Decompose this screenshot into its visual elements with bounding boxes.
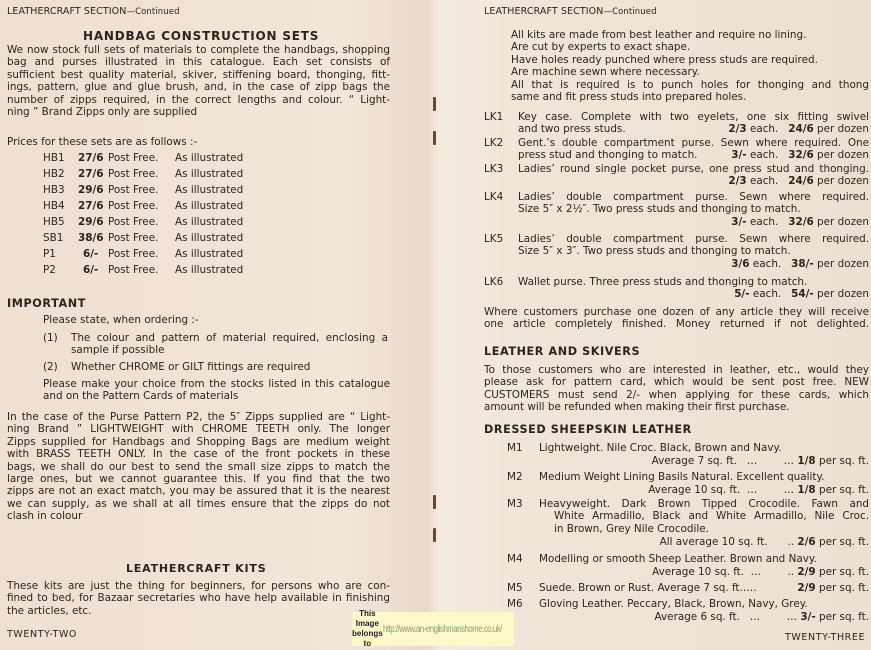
- section-heading-important: IMPORTANT: [7, 297, 86, 310]
- text-line: Ladies’ double compartment purse. Sewn w…: [518, 233, 869, 245]
- important-item-2: Whether CHROME or GILT fittings are requ…: [71, 361, 310, 373]
- set-code: HB3: [43, 184, 65, 196]
- section-heading-handbag-sets: HANDBAG CONSTRUCTION SETS: [83, 29, 319, 43]
- important-lead: Please state, when ordering :-: [43, 314, 199, 326]
- header-suffix: —Continued: [126, 7, 179, 17]
- kit-price: 3/- each. 32/6 per dozen: [731, 216, 869, 228]
- each-label: each.: [750, 123, 778, 135]
- kits-intro: These kits are just the thing for beginn…: [7, 580, 390, 617]
- leather-price: All average 10 sq. ft. .. 2/6 per sq. ft…: [660, 536, 869, 548]
- text-line: please ask for pattern card, which would…: [484, 376, 869, 388]
- text-line: one article completely finished. Money r…: [484, 318, 869, 330]
- set-code: P1: [43, 248, 56, 260]
- set-price: 29/6: [78, 184, 104, 196]
- section-heading-kits: LEATHERCRAFT KITS: [126, 562, 266, 575]
- kit-description: Ladies’ double compartment purse. Sewn w…: [518, 191, 869, 216]
- average-size: Average 10 sq. ft. … …: [648, 484, 794, 496]
- text-line: Medium Weight Lining Basils Natural. Exc…: [539, 471, 869, 483]
- header-title: LEATHERCRAFT SECTION: [7, 6, 126, 17]
- text-line: These kits are just the thing for beginn…: [7, 580, 390, 592]
- note: As illustrated: [175, 216, 243, 228]
- leather-code: M5: [507, 582, 523, 594]
- price-each: 3/-: [731, 149, 746, 161]
- price-value: 2/9: [797, 582, 815, 594]
- delivery: Post Free.: [108, 200, 158, 212]
- set-code: HB4: [43, 200, 65, 212]
- kit-code: LK2: [484, 137, 503, 149]
- text-line: ings, pattern, glue and glue brush, and,…: [7, 81, 390, 93]
- text-line: amount will be refunded when making thei…: [484, 401, 869, 413]
- set-code: HB5: [43, 216, 65, 228]
- header-suffix: —Continued: [603, 7, 656, 17]
- text-line: Key case. Complete with two eyelets, one…: [518, 111, 869, 123]
- price-each: 2/3: [728, 175, 746, 187]
- text-line: large ones, but we cannot guarantee this…: [7, 473, 390, 485]
- delivery: Post Free.: [108, 248, 158, 260]
- text-line: In the case of the Purse Pattern P2, the…: [7, 411, 390, 423]
- text-line: Gloving Leather. Peccary, Black, Brown, …: [539, 598, 869, 610]
- dozen-label: per dozen: [817, 149, 869, 161]
- text-line: Zipps supplied for Handbags and Shopping…: [7, 436, 390, 448]
- price-each: 5/-: [734, 288, 749, 300]
- text-line: We now stock full sets of materials to c…: [7, 44, 390, 56]
- kit-description: Wallet purse. Three press studs and thon…: [518, 276, 869, 288]
- price-each: 2/3: [728, 123, 746, 135]
- kit-code: LK4: [484, 191, 503, 203]
- delivery: Post Free.: [108, 264, 158, 276]
- text-line: Lightweight. Nile Croc. Black, Brown and…: [539, 442, 869, 454]
- dozen-label: per dozen: [817, 258, 869, 270]
- text-line: Size 5″ x 2½″. Two press studs and thong…: [518, 203, 869, 215]
- text-line: ning ” Brand Zipps only are supplied: [7, 106, 390, 118]
- staple: [433, 131, 436, 145]
- dozen-offer: Where customers purchase one dozen of an…: [484, 306, 869, 331]
- price-unit: per sq. ft.: [819, 611, 869, 623]
- set-price: 27/6: [78, 200, 104, 212]
- average-size: Average 6 sq. ft. … …: [655, 611, 797, 623]
- note: As illustrated: [175, 200, 243, 212]
- price-value: 2/9: [797, 566, 815, 578]
- note: As illustrated: [175, 264, 243, 276]
- leather-price: Average 6 sq. ft. … … 3/- per sq. ft.: [655, 611, 869, 623]
- kit-description: Ladies’ double compartment purse. Sewn w…: [518, 233, 869, 258]
- each-label: each.: [750, 216, 778, 228]
- dozen-label: per dozen: [817, 123, 869, 135]
- text-line: White Armadillo, Black and White Armadil…: [539, 510, 869, 522]
- prices-intro: Prices for these sets are as follows :-: [7, 136, 197, 148]
- text-line: All kits are made from best leather and …: [511, 29, 869, 41]
- each-label: each.: [750, 175, 778, 187]
- price-each: 3/6: [731, 258, 749, 270]
- watermark-label-line: This Image: [352, 609, 383, 629]
- text-line: ning Brand ” LIGHTWEIGHT with CHROME TEE…: [7, 423, 390, 435]
- staple: [433, 97, 436, 111]
- staple: [433, 495, 436, 509]
- text-line: Ladies’ double compartment purse. Sewn w…: [518, 191, 869, 203]
- watermark-banner: This Image belongs to http://www.an-engl…: [352, 612, 514, 646]
- text-line: Gent.’s double compartment purse. Sewn w…: [518, 137, 869, 149]
- kit-code: LK1: [484, 111, 503, 123]
- set-code: SB1: [43, 232, 63, 244]
- note: As illustrated: [175, 248, 243, 260]
- kit-price: 3/6 each. 38/- per dozen: [731, 258, 869, 270]
- text-line: Have holes ready punched where press stu…: [511, 54, 869, 66]
- item-number: (2): [43, 361, 58, 373]
- running-header: LEATHERCRAFT SECTION—Continued: [7, 6, 180, 17]
- price-value: 1/8: [797, 484, 815, 496]
- staple: [433, 528, 436, 542]
- price-unit: per sq. ft.: [819, 582, 869, 594]
- header-title: LEATHERCRAFT SECTION: [484, 6, 603, 17]
- leather-price: 2/9 per sq. ft.: [797, 582, 869, 594]
- leather-code: M1: [507, 442, 523, 454]
- price-dozen: 32/6: [788, 216, 814, 228]
- text-line: fined to bed, for Bazaar secretaries who…: [7, 592, 390, 604]
- kit-price: 3/- each. 32/6 per dozen: [731, 149, 869, 161]
- text-line: in Brown, Grey Nile Crocodile.: [539, 523, 869, 535]
- average-size: Average 7 sq. ft. … …: [652, 455, 794, 467]
- price-value: 2/6: [797, 536, 815, 548]
- text-line: Heavyweight. Dark Brown Tipped Crocodile…: [539, 498, 869, 510]
- text-line: The colour and pattern of material requi…: [71, 332, 388, 344]
- average-size: Average 10 sq. ft. … ..: [652, 566, 794, 578]
- leather-code: M2: [507, 471, 523, 483]
- set-price: 38/6: [78, 232, 104, 244]
- price-dozen: 24/6: [788, 123, 814, 135]
- leather-description: Gloving Leather. Peccary, Black, Brown, …: [539, 598, 869, 610]
- section-heading-sheepskin: DRESSED SHEEPSKIN LEATHER: [484, 423, 692, 436]
- price-unit: per sq. ft.: [819, 484, 869, 496]
- leather-code: M3: [507, 498, 523, 510]
- text-line: Wallet purse. Three press studs and thon…: [518, 276, 869, 288]
- leather-description: Medium Weight Lining Basils Natural. Exc…: [539, 471, 869, 483]
- text-line: clash in colour: [7, 510, 390, 522]
- text-line: and on the Pattern Cards of materials: [43, 390, 390, 402]
- page-number: TWENTY-THREE: [785, 632, 865, 643]
- price-dozen: 54/-: [791, 288, 814, 300]
- average-size: All average 10 sq. ft. ..: [660, 536, 794, 548]
- set-code: HB2: [43, 168, 65, 180]
- set-price: 27/6: [78, 152, 104, 164]
- kit-price: 2/3 each. 24/6 per dozen: [728, 175, 869, 187]
- set-code: P2: [43, 264, 56, 276]
- page-number: TWENTY-TWO: [7, 629, 77, 640]
- dozen-label: per dozen: [817, 175, 869, 187]
- price-unit: per sq. ft.: [819, 566, 869, 578]
- leather-skivers-text: To those customers who are interested in…: [484, 364, 869, 414]
- set-price: 6/-: [83, 264, 98, 276]
- price-each: 3/-: [731, 216, 746, 228]
- delivery: Post Free.: [108, 152, 158, 164]
- text-line: sample if possible: [71, 344, 388, 356]
- leather-price: Average 7 sq. ft. … … 1/8 per sq. ft.: [652, 455, 869, 467]
- each-label: each.: [753, 288, 781, 300]
- text-line: same and fit press studs into prepared h…: [511, 91, 869, 103]
- watermark-label: This Image belongs to: [352, 609, 383, 649]
- set-code: HB1: [43, 152, 65, 164]
- text-line: Modelling or smooth Sheep Leather. Brown…: [539, 553, 869, 565]
- leather-price: Average 10 sq. ft. … .. 2/9 per sq. ft.: [652, 566, 869, 578]
- each-label: each.: [753, 258, 781, 270]
- set-price: 29/6: [78, 216, 104, 228]
- each-label: each.: [750, 149, 778, 161]
- leather-code: M6: [507, 598, 523, 610]
- kit-code: LK6: [484, 276, 503, 288]
- price-dozen: 32/6: [788, 149, 814, 161]
- note: As illustrated: [175, 184, 243, 196]
- text-line: sufficient best quality material, skiver…: [7, 69, 390, 81]
- text-line: number of zipps required, in the correct…: [7, 94, 390, 106]
- dozen-label: per dozen: [817, 288, 869, 300]
- price-value: 3/-: [800, 611, 815, 623]
- text-line: To those customers who are interested in…: [484, 364, 869, 376]
- watermark-url[interactable]: http://www.an-englishmanshome.co.uk/: [383, 624, 502, 635]
- page-twenty-three: LEATHERCRAFT SECTION—Continued All kits …: [438, 0, 871, 650]
- leather-price: Average 10 sq. ft. … … 1/8 per sq. ft.: [648, 484, 869, 496]
- leather-code: M4: [507, 553, 523, 565]
- catalogue-spread: LEATHERCRAFT SECTION—Continued HANDBAG C…: [0, 0, 871, 650]
- important-item-1: The colour and pattern of material requi…: [71, 332, 388, 357]
- text-line: Where customers purchase one dozen of an…: [484, 306, 869, 318]
- important-choice: Please make your choice from the stocks …: [43, 378, 390, 403]
- delivery: Post Free.: [108, 216, 158, 228]
- text-line: Are cut by experts to exact shape.: [511, 41, 869, 53]
- kit-features: All kits are made from best leather and …: [511, 29, 869, 103]
- delivery: Post Free.: [108, 184, 158, 196]
- text-line: Ladies’ round single pocket purse, one p…: [518, 163, 869, 175]
- watermark-label-line: belongs to: [352, 629, 383, 649]
- zipps-paragraph: In the case of the Purse Pattern P2, the…: [7, 411, 390, 523]
- note: As illustrated: [175, 232, 243, 244]
- text-line: zipps are not an exact match, you may be…: [7, 485, 390, 497]
- text-line: we can supply, as we shall at all times …: [7, 498, 390, 510]
- text-line: Please make your choice from the stocks …: [43, 378, 390, 390]
- kit-price: 5/- each. 54/- per dozen: [734, 288, 869, 300]
- price-unit: per sq. ft.: [819, 455, 869, 467]
- text-line: Are machine sewn where necessary.: [511, 66, 869, 78]
- section-heading-leather-skivers: LEATHER AND SKIVERS: [484, 345, 640, 358]
- kit-code: LK3: [484, 163, 503, 175]
- text-line: CUSTOMERS must send 2/- when applying fo…: [484, 389, 869, 401]
- delivery: Post Free.: [108, 232, 158, 244]
- leather-description: Lightweight. Nile Croc. Black, Brown and…: [539, 442, 869, 454]
- set-price: 6/-: [83, 248, 98, 260]
- leather-description: Modelling or smooth Sheep Leather. Brown…: [539, 553, 869, 565]
- leather-description: Heavyweight. Dark Brown Tipped Crocodile…: [539, 498, 869, 535]
- text-line: bags, we shall do our best to send the s…: [7, 461, 390, 473]
- set-price: 27/6: [78, 168, 104, 180]
- kit-description: Ladies’ round single pocket purse, one p…: [518, 163, 869, 175]
- dozen-label: per dozen: [817, 216, 869, 228]
- kit-price: 2/3 each. 24/6 per dozen: [728, 123, 869, 135]
- note: As illustrated: [175, 152, 243, 164]
- page-twenty-two: LEATHERCRAFT SECTION—Continued HANDBAG C…: [0, 0, 432, 650]
- text-line: All that is required is to punch holes f…: [511, 79, 869, 91]
- text-line: the articles, etc.: [7, 605, 390, 617]
- handbag-intro: We now stock full sets of materials to c…: [7, 44, 390, 118]
- price-dozen: 38/-: [791, 258, 814, 270]
- price-value: 1/8: [797, 455, 815, 467]
- text-line: with BRASS TEETH ONLY. In the case of th…: [7, 448, 390, 460]
- kit-code: LK5: [484, 233, 503, 245]
- text-line: bag and purses illustrated in this catal…: [7, 56, 390, 68]
- text-line: Size 5″ x 3″. Two press studs and thongi…: [518, 245, 869, 257]
- note: As illustrated: [175, 168, 243, 180]
- price-unit: per sq. ft.: [819, 536, 869, 548]
- running-header: LEATHERCRAFT SECTION—Continued: [484, 6, 657, 17]
- delivery: Post Free.: [108, 168, 158, 180]
- item-number: (1): [43, 332, 58, 344]
- price-dozen: 24/6: [788, 175, 814, 187]
